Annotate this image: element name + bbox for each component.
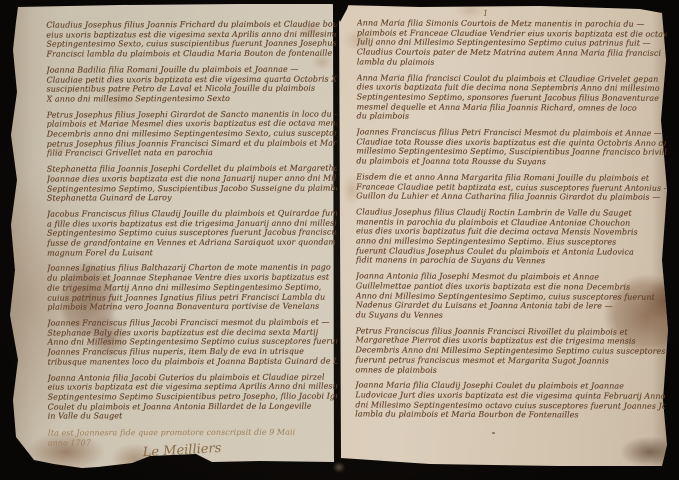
manuscript-line: die trigesima Martij Anno dni millesimo …	[47, 282, 337, 293]
register-entry: Anna Maria filia francisci Coulot du pla…	[356, 73, 666, 123]
right-page-text: Anna Maria filia Simonis Courtois de Met…	[355, 18, 667, 426]
manuscript-line: petrus Josephus filius Joannis Francisci…	[47, 138, 337, 149]
manuscript-line: Joannes Franciscus filius Jacobi Francis…	[47, 317, 337, 328]
closing-note: Ita est Joannesra fide quae promotore co…	[48, 428, 338, 458]
manuscript-line: fidit manens in parochia de Suyans du Ve…	[356, 256, 666, 267]
register-entry: Anna Maria filia Simonis Courtois de Met…	[357, 18, 667, 68]
register-entry: Joanna Maria filia Claudij Josephi Coule…	[355, 381, 665, 421]
manuscript-line: lambla du plaimois	[357, 57, 667, 68]
manuscript-line: fusse de grandfontaine en Vennes et Adri…	[47, 238, 337, 249]
manuscript-line: Septingentesimo Septimo Suscipientibus p…	[48, 391, 338, 402]
manuscript-line: suscipientibus patre Petro de Laval et N…	[46, 84, 336, 95]
register-entry: Joanna Antonia filia Jacobi Guterios du …	[47, 372, 337, 422]
manuscript-line: Coulet du plaimbois et Joanna Antonia Bi…	[48, 401, 338, 412]
register-entry: Petrus Josephus filius Josephi Girardot …	[47, 109, 337, 159]
manuscript-line: Guillon du Luhier et Anna Catharina fili…	[356, 192, 666, 203]
register-entry: Joannes Franciscus filius Petri Francisc…	[356, 127, 666, 167]
manuscript-line: omnes de plaimbois	[355, 365, 665, 376]
manuscript-line: Joannae dies uxoris baptizata est die no…	[47, 173, 337, 184]
left-page-text: Claudius Josephus filius Joannis Frichar…	[46, 19, 338, 457]
register-entry: Petrus Franciscus filius Joannis Francis…	[355, 326, 665, 376]
manuscript-line: X anno dni millesimo Septingentesimo Sex…	[46, 93, 336, 104]
page-number-mark: 1	[483, 10, 488, 18]
book-scan: 1 Claudius Josephus filius Joannis Frich…	[0, 0, 679, 480]
manuscript-line: Joanna Badilia filia Romani Jouille du p…	[46, 64, 336, 75]
manuscript-line: Stephanetta Guinard de Laroy	[47, 193, 337, 204]
register-entry: Joannes Ignatius filius Balthazarij Char…	[47, 263, 337, 313]
manuscript-line: lambla du plaimbois et Maria Bourbon de …	[355, 410, 665, 421]
register-entry: Claudius Josephus filius Joannis Frichar…	[46, 19, 336, 59]
manuscript-line: Decembris anno dni millesimo Septingente…	[47, 129, 337, 140]
manuscript-line: du plaimbois	[356, 112, 666, 123]
manuscript-line: in Valle du Sauget	[48, 411, 338, 422]
manuscript-line: plaimbois Matrina vero Joanna Bonaventur…	[47, 302, 337, 313]
right-page-entries: Anna Maria filia Simonis Courtois de Met…	[355, 18, 667, 420]
manuscript-line: tribusque manentes loco du plaimbois et …	[47, 356, 337, 367]
manuscript-line: Claudius Josephus filius Joannis Frichar…	[46, 19, 336, 30]
register-entry: Jacobus Franciscus filius Claudij Jouill…	[47, 208, 337, 258]
manuscript-line: magnum Forel du Luisant	[47, 247, 337, 258]
register-entry: Stephanetta filia Joannis Josephi Cordel…	[47, 164, 337, 204]
closing-note-line: Ita est Joannesra fide quae promotore co…	[48, 428, 338, 439]
register-entry: Joanna Badilia filia Romani Jouille du p…	[46, 64, 336, 104]
ink-dot	[492, 432, 495, 434]
manuscript-line: du Suyans du Vennes	[356, 310, 666, 321]
gutter-smudge	[330, 461, 348, 477]
register-entry: Joanna Antonia filia Josephi Mesmot du p…	[356, 271, 666, 321]
manuscript-line: Septingentesimo Septimo, Suscipientibus …	[47, 183, 337, 194]
manuscript-line: filia Francisci Grivellet nata en paroch…	[47, 148, 337, 159]
manuscript-line: du plaimbois et Joanna tota Rousse du Su…	[356, 156, 666, 167]
manuscript-line: Jacobus Franciscus filius Claudij Jouill…	[47, 208, 337, 219]
left-page-entries: Claudius Josephus filius Joannis Frichar…	[46, 19, 337, 421]
register-entry: Joannes Franciscus filius Jacobi Francis…	[47, 317, 337, 367]
register-entry: Claudius Josephus filius Claudij Roctin …	[356, 207, 666, 267]
manuscript-line: Francisci lambla du plaimbois et Claudia…	[46, 49, 336, 60]
register-entry: Eisdem die et anno Anna Margarita filia …	[356, 172, 666, 202]
